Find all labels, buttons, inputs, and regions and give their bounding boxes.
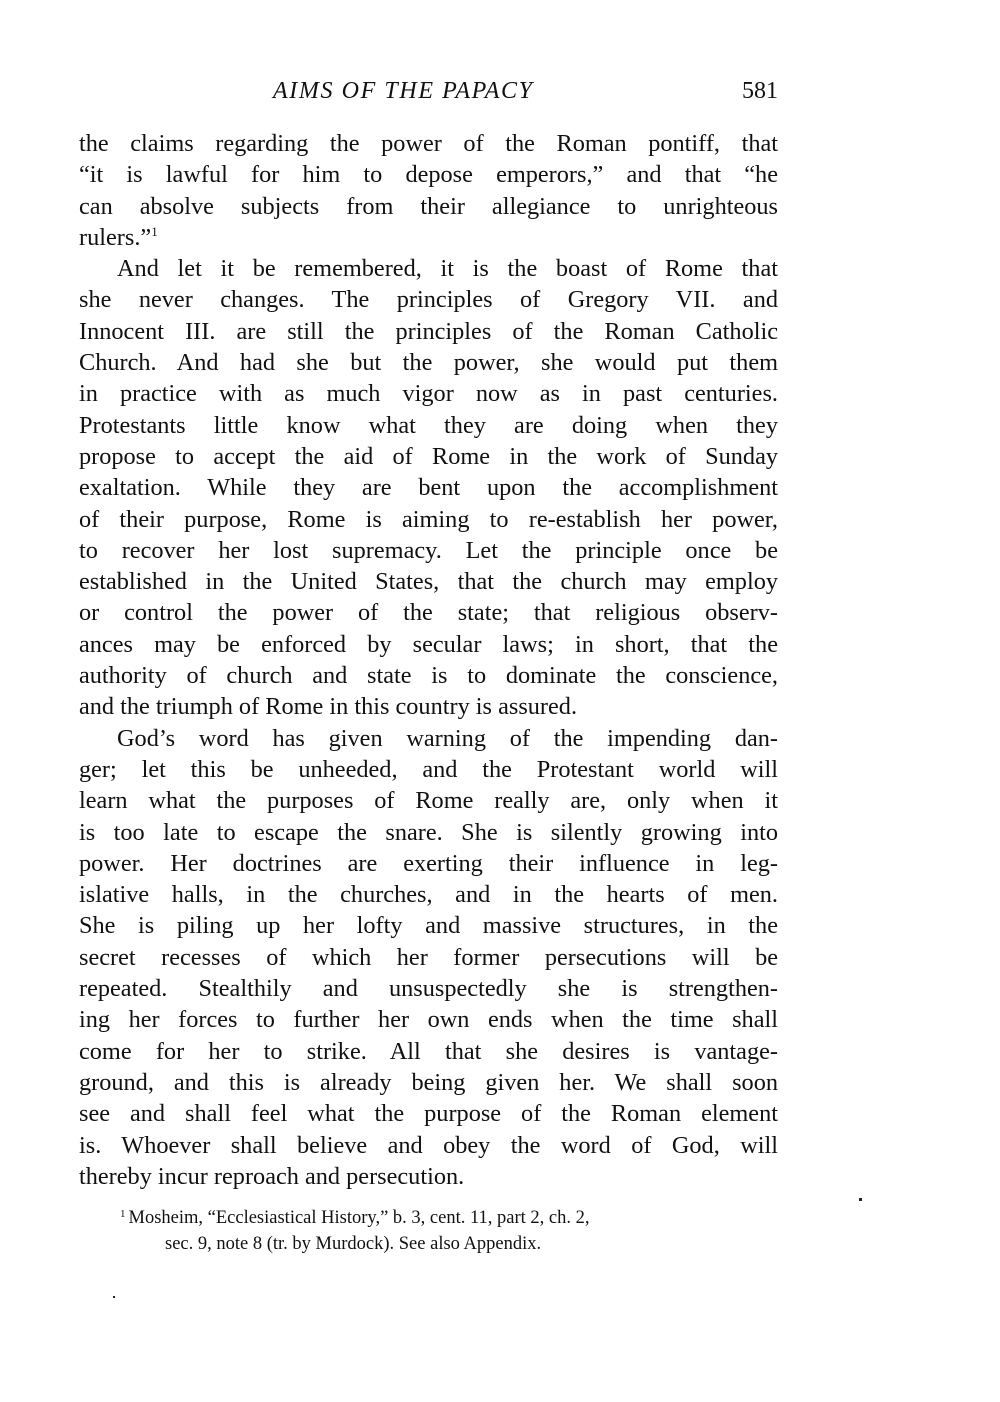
text-line: ing her forces to further her own ends w… (79, 1004, 778, 1035)
footnote-line: 1Mosheim, “Ecclesiastical History,” b. 3… (120, 1205, 754, 1231)
text-line: God’s word has given warning of the impe… (79, 723, 778, 754)
text-line: Innocent III. are still the principles o… (79, 316, 778, 347)
text-line: power. Her doctrines are exerting their … (79, 848, 778, 879)
paragraph-3: God’s word has given warning of the impe… (79, 723, 778, 1192)
text-line: “it is lawful for him to depose emperors… (79, 159, 778, 190)
paragraph-2: And let it be remembered, it is the boas… (79, 253, 778, 722)
text-line: in practice with as much vigor now as in… (79, 378, 778, 409)
text-line: established in the United States, that t… (79, 566, 778, 597)
running-title: AIMS OF THE PAPACY (273, 76, 534, 106)
text-line: ground, and this is already being given … (79, 1067, 778, 1098)
footnote-line: sec. 9, note 8 (tr. by Murdock). See als… (120, 1231, 754, 1257)
footnote-reference: 1 (151, 224, 158, 239)
body-text: the claims regarding the power of the Ro… (79, 128, 778, 1192)
text-line: is too late to escape the snare. She is … (79, 817, 778, 848)
text-line: and the triumph of Rome in this country … (79, 691, 778, 722)
text-line: of their purpose, Rome is aiming to re-e… (79, 504, 778, 535)
paragraph-1: the claims regarding the power of the Ro… (79, 128, 778, 253)
text-line: thereby incur reproach and persecution. (79, 1161, 778, 1192)
text-line: see and shall feel what the purpose of t… (79, 1098, 778, 1129)
footnote-mark: 1 (120, 1208, 126, 1220)
text-line: secret recesses of which her former pers… (79, 942, 778, 973)
text-line: rulers.”1 (79, 222, 778, 253)
text-line: she never changes. The principles of Gre… (79, 284, 778, 315)
running-head: AIMS OF THE PAPACY 581 (79, 76, 778, 106)
text-line: islative halls, in the churches, and in … (79, 879, 778, 910)
footnote-text: Mosheim, “Ecclesiastical History,” b. 3,… (129, 1208, 590, 1228)
text-line: to recover her lost supremacy. Let the p… (79, 535, 778, 566)
text-line: ger; let this be unheeded, and the Prote… (79, 754, 778, 785)
text-line: exaltation. While they are bent upon the… (79, 472, 778, 503)
text-line: ances may be enforced by secular laws; i… (79, 629, 778, 660)
scan-speck (113, 1296, 115, 1298)
text-line: authority of church and state is to domi… (79, 660, 778, 691)
text-line: Protestants little know what they are do… (79, 410, 778, 441)
text-line-content: rulers.” (79, 224, 151, 251)
text-line: the claims regarding the power of the Ro… (79, 128, 778, 159)
text-line: or control the power of the state; that … (79, 597, 778, 628)
text-line: Church. And had she but the power, she w… (79, 347, 778, 378)
text-line: She is piling up her lofty and massive s… (79, 910, 778, 941)
text-line: can absolve subjects from their allegian… (79, 191, 778, 222)
text-line: propose to accept the aid of Rome in the… (79, 441, 778, 472)
text-line: And let it be remembered, it is the boas… (79, 253, 778, 284)
text-line: come for her to strike. All that she des… (79, 1036, 778, 1067)
text-line: repeated. Stealthily and unsuspectedly s… (79, 973, 778, 1004)
book-page: AIMS OF THE PAPACY 581 the claims regard… (0, 0, 1000, 1402)
footnotes: 1Mosheim, “Ecclesiastical History,” b. 3… (120, 1205, 754, 1257)
scan-speck (859, 1198, 862, 1201)
text-line: is. Whoever shall believe and obey the w… (79, 1130, 778, 1161)
text-line: learn what the purposes of Rome really a… (79, 785, 778, 816)
page-number: 581 (742, 76, 778, 106)
